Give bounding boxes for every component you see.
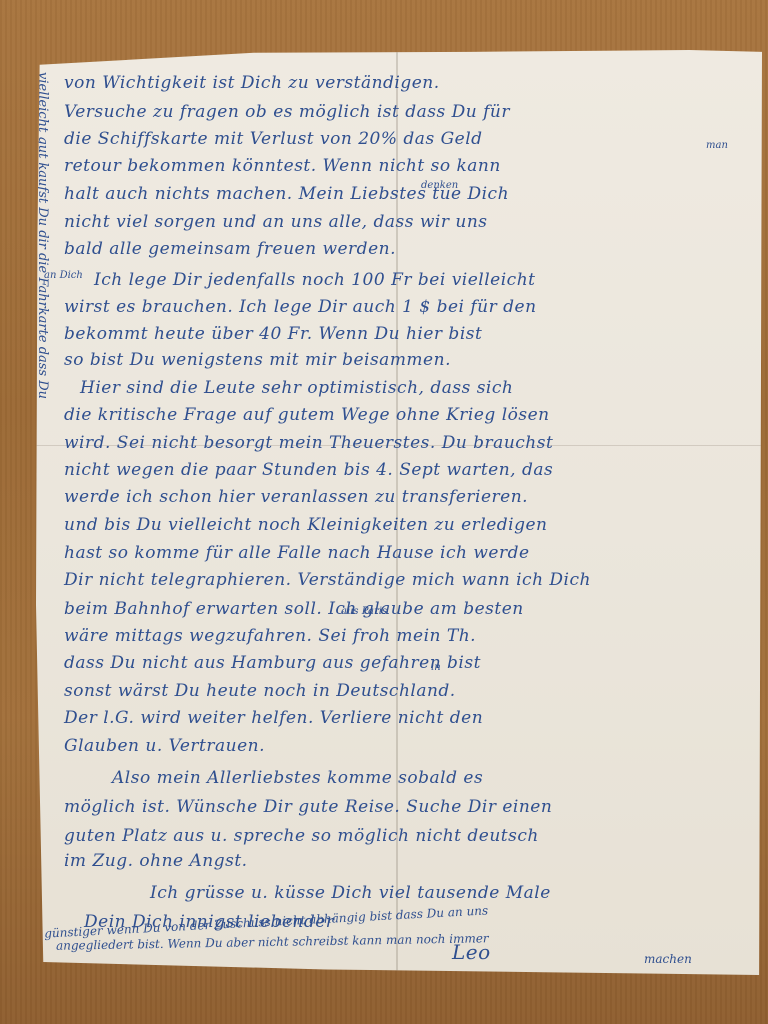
letter-line: wirst es brauchen. Ich lege Dir auch 1 $… [64, 297, 537, 317]
letter-line: und bis Du vielleicht noch Kleinigkeiten… [64, 515, 548, 535]
letter-line: die kritische Frage auf gutem Wege ohne … [64, 405, 550, 425]
letter-line: bald alle gemeinsam freuen werden. [64, 239, 396, 259]
interlinear-insert: man [706, 140, 728, 151]
letter-line: Glauben u. Vertrauen. [64, 736, 265, 756]
letter-line: Hier sind die Leute sehr optimistisch, d… [80, 378, 513, 398]
interlinear-insert: aus Paris [341, 606, 387, 617]
letter-line: hast so komme für alle Falle nach Hause … [64, 543, 530, 563]
interlinear-insert: in [431, 662, 441, 673]
letter-line: wäre mittags wegzufahren. Sei froh mein … [64, 626, 476, 646]
letter-line: möglich ist. Wünsche Dir gute Reise. Suc… [64, 797, 552, 817]
interlinear-insert: denken [421, 180, 458, 191]
letter-line: im Zug. ohne Angst. [64, 851, 248, 871]
letter-line: guten Platz aus u. spreche so möglich ni… [64, 826, 539, 846]
letter-line: retour bekommen könntest. Wenn nicht so … [64, 156, 501, 176]
letter-line: werde ich schon hier veranlassen zu tran… [64, 487, 528, 507]
letter-line: Versuche zu fragen ob es möglich ist das… [64, 102, 510, 122]
letter-line: Ich grüsse u. küsse Dich viel tausende M… [150, 883, 551, 903]
letter-line: dass Du nicht aus Hamburg aus gefahren b… [64, 653, 481, 673]
letter-line: beim Bahnhof erwarten soll. Ich glaube a… [64, 599, 524, 619]
letter-paper: von Wichtigkeit ist Dich zu verständigen… [36, 50, 762, 975]
letter-line: von Wichtigkeit ist Dich zu verständigen… [64, 73, 440, 93]
letter-line: Der l.G. wird weiter helfen. Verliere ni… [64, 708, 483, 728]
letter-line: Ich lege Dir jedenfalls noch 100 Fr bei … [94, 270, 535, 290]
letter-line: wird. Sei nicht besorgt mein Theuerstes.… [64, 433, 553, 453]
letter-line: nicht wegen die paar Stunden bis 4. Sept… [64, 460, 553, 480]
letter-line: bekommt heute über 40 Fr. Wenn Du hier b… [64, 324, 482, 344]
letter-line: nicht viel sorgen und an uns alle, dass … [64, 212, 488, 232]
letter-line: sonst wärst Du heute noch in Deutschland… [64, 681, 456, 701]
letter-line: Also mein Allerliebstes komme sobald es [112, 768, 483, 788]
letter-line: die Schiffskarte mit Verlust von 20% das… [64, 129, 483, 149]
letter-line: so bist Du wenigstens mit mir beisammen. [64, 350, 451, 370]
footer-line-3: machen [644, 952, 692, 966]
letter-line: Dir nicht telegraphieren. Verständige mi… [64, 570, 591, 590]
